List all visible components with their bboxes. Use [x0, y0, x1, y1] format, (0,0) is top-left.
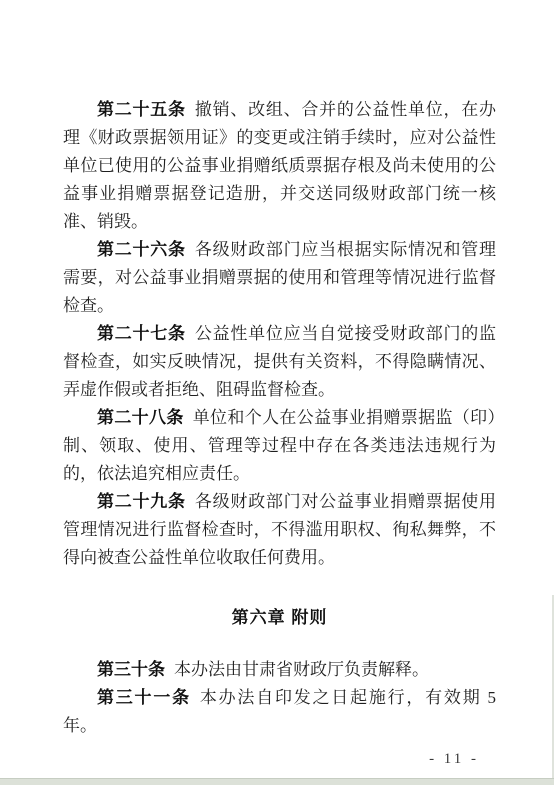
scan-bottom-edge-band: [0, 778, 554, 785]
article-31-paragraph: 第三十一条本办法自印发之日起施行，有效期 5 年。: [63, 684, 496, 740]
document-page: 第二十五条撤销、改组、合并的公益性单位，在办理《财政票据领用证》的变更或注销手续…: [0, 0, 554, 785]
article-28-number: 第二十八条: [97, 408, 184, 427]
article-28-paragraph: 第二十八条单位和个人在公益事业捐赠票据监（印）制、领取、使用、管理等过程中存在各…: [63, 404, 496, 488]
article-25-paragraph: 第二十五条撤销、改组、合并的公益性单位，在办理《财政票据领用证》的变更或注销手续…: [63, 96, 496, 236]
article-27-paragraph: 第二十七条公益性单位应当自觉接受财政部门的监督检查，如实反映情况，提供有关资料，…: [63, 320, 496, 404]
article-30-number: 第三十条: [97, 660, 165, 679]
article-30-text: 本办法由甘肃省财政厅负责解释。: [174, 660, 429, 679]
article-29-paragraph: 第二十九条各级财政部门对公益事业捐赠票据使用管理情况进行监督检查时，不得滥用职权…: [63, 488, 496, 572]
article-26-paragraph: 第二十六条各级财政部门应当根据实际情况和管理需要，对公益事业捐赠票据的使用和管理…: [63, 236, 496, 320]
document-body: 第二十五条撤销、改组、合并的公益性单位，在办理《财政票据领用证》的变更或注销手续…: [63, 96, 496, 770]
page-number: - 11 -: [63, 748, 496, 770]
article-30-paragraph: 第三十条本办法由甘肃省财政厅负责解释。: [63, 656, 496, 684]
article-31-number: 第三十一条: [97, 688, 191, 707]
article-26-number: 第二十六条: [97, 240, 186, 259]
article-27-number: 第二十七条: [97, 324, 186, 343]
article-25-number: 第二十五条: [97, 100, 186, 119]
chapter-heading: 第六章 附则: [63, 604, 496, 632]
article-29-number: 第二十九条: [97, 492, 186, 511]
article-25-text: 撤销、改组、合并的公益性单位，在办理《财政票据领用证》的变更或注销手续时，应对公…: [63, 100, 496, 231]
